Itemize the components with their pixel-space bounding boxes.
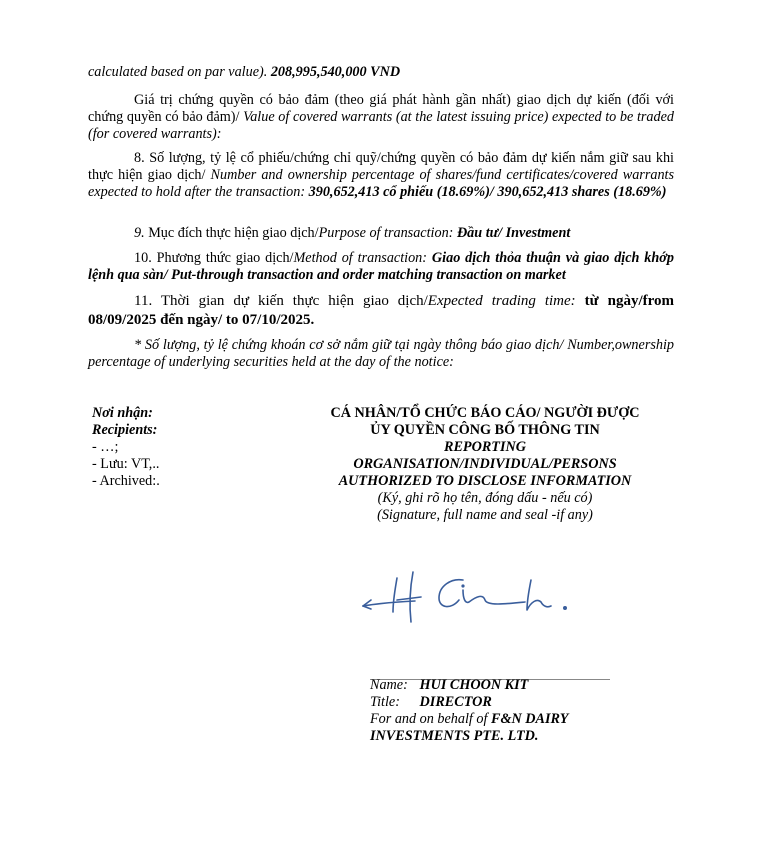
signer-company-1: F&N DAIRY <box>491 711 568 727</box>
covered-warrants-paragraph: Giá trị chứng quyền có bảo đảm (theo giá… <box>88 92 674 143</box>
signer-title-row: Title: DIRECTOR <box>370 694 568 711</box>
par-value-text: calculated based on par value). <box>88 64 271 80</box>
item-8-value: 390,652,413 cổ phiếu (18.69%)/ 390,652,4… <box>309 184 667 200</box>
item-9-text-vn: Mục đích thực hiện giao dịch/ <box>145 225 319 241</box>
signer-block: Name: HUI CHOON KIT Title: DIRECTOR For … <box>370 677 568 745</box>
reporter-title-en-2: ORGANISATION/INDIVIDUAL/PERSONS <box>290 456 680 473</box>
sign-note-en: (Signature, full name and seal -if any) <box>290 507 680 524</box>
signer-behalf-row: For and on behalf of F&N DAIRY <box>370 711 568 728</box>
note-paragraph: * Số lượng, tỷ lệ chứng khoán cơ sở nắm … <box>88 337 674 371</box>
item-9-value: Đầu tư/ Investment <box>457 225 570 241</box>
recipients-block: Nơi nhận: Recipients: - …; - Lưu: VT,.. … <box>92 405 160 490</box>
reporter-block: CÁ NHÂN/TỔ CHỨC BÁO CÁO/ NGƯỜI ĐƯỢC ỦY Q… <box>290 405 680 524</box>
recipients-label-en: Recipients: <box>92 422 160 439</box>
reporter-title-en-1: REPORTING <box>290 439 680 456</box>
item-10-text-vn: 10. Phương thức giao dịch/ <box>134 250 293 266</box>
par-value-amount: 208,995,540,000 VND <box>271 64 400 80</box>
item-11-paragraph: 11. Thời gian dự kiến thực hiện giao dịc… <box>88 292 674 330</box>
reporter-title-vn-2: ỦY QUYỀN CÔNG BỐ THÔNG TIN <box>290 422 680 439</box>
reporter-title-vn-1: CÁ NHÂN/TỔ CHỨC BÁO CÁO/ NGƯỜI ĐƯỢC <box>290 405 680 422</box>
signer-name-row: Name: HUI CHOON KIT <box>370 677 568 694</box>
signer-name: HUI CHOON KIT <box>420 677 529 693</box>
signer-title-label: Title: <box>370 694 416 711</box>
signer-name-label: Name: <box>370 677 416 694</box>
recipients-item: - Lưu: VT,.. <box>92 456 160 473</box>
item-10-paragraph: 10. Phương thức giao dịch/Method of tran… <box>88 250 674 284</box>
signer-behalf-label: For and on behalf of <box>370 711 491 727</box>
recipients-item: - Archived:. <box>92 473 160 490</box>
item-8-paragraph: 8. Số lượng, tỷ lệ cổ phiếu/chứng chỉ qu… <box>88 150 674 201</box>
item-9-paragraph: 9. Mục đích thực hiện giao dịch/Purpose … <box>88 225 674 242</box>
item-10-text-en: Method of transaction: <box>293 250 431 266</box>
item-9-number: 9. <box>134 225 145 241</box>
par-value-paragraph: calculated based on par value). 208,995,… <box>88 64 674 81</box>
recipients-label-vn: Nơi nhận: <box>92 405 160 422</box>
signer-title: DIRECTOR <box>420 694 492 710</box>
signature-image <box>355 560 575 630</box>
reporter-title-en-3: AUTHORIZED TO DISCLOSE INFORMATION <box>290 473 680 490</box>
item-11-text-vn: 11. Thời gian dự kiến thực hiện giao dịc… <box>134 293 428 309</box>
item-9-text-en: Purpose of transaction: <box>319 225 457 241</box>
signer-company-2: INVESTMENTS PTE. LTD. <box>370 728 568 745</box>
item-11-text-en: Expected trading time: <box>428 293 585 309</box>
recipients-item: - …; <box>92 439 160 456</box>
sign-note-vn: (Ký, ghi rõ họ tên, đóng dấu - nếu có) <box>290 490 680 507</box>
